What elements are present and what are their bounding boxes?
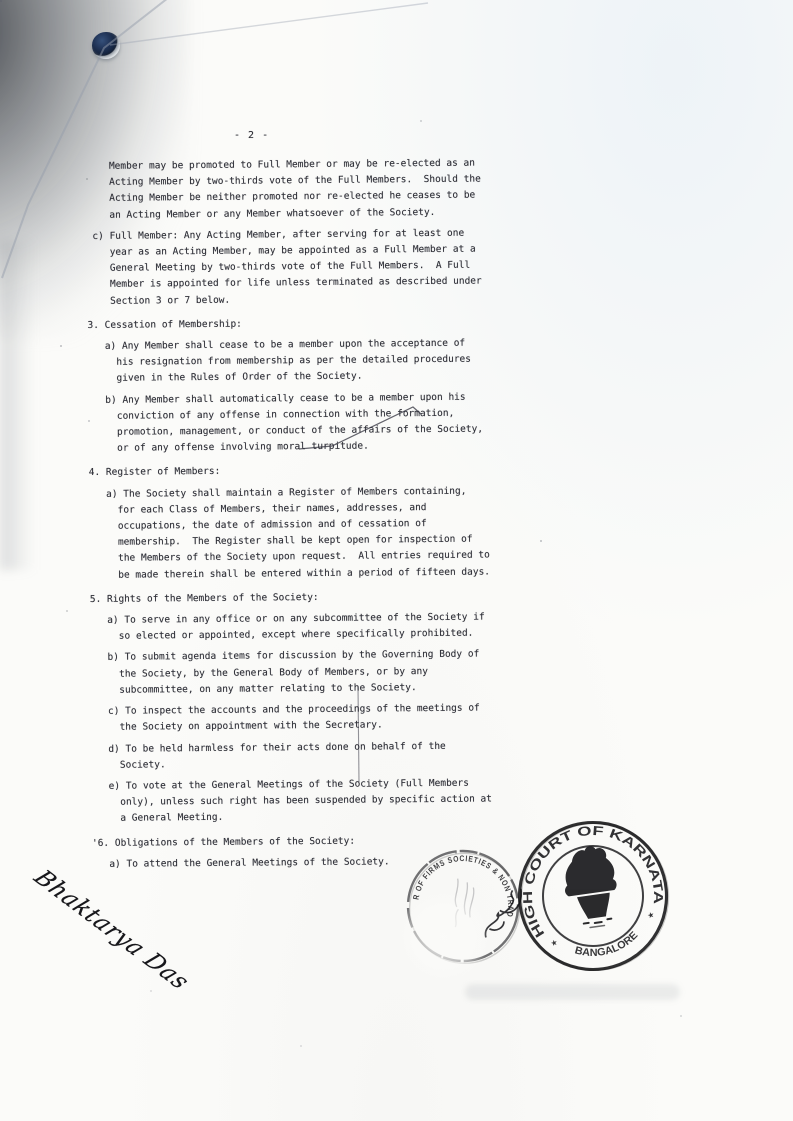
stamp-fade — [390, 884, 497, 991]
registrar-stamp-emblem-icon — [449, 879, 476, 930]
page-number: - 2 - — [234, 130, 269, 141]
section-6-heading: '6. Obligations of the Members of the So… — [92, 831, 652, 852]
high-court-stamp-city-text: BANGALORE — [571, 927, 643, 966]
paragraph-continuation: Member may be promoted to Full Member or… — [86, 154, 647, 224]
staple-eyelet — [92, 32, 120, 59]
section-3-item-b: b) Any Member shall automatically cease … — [88, 388, 649, 458]
paper-specks — [0, 0, 2, 2]
section-3-item-a: a) Any Member shall cease to be a member… — [88, 334, 648, 387]
scan-shadow-left-edge — [0, 240, 46, 570]
stamp-star-right-icon: ★ — [646, 907, 656, 921]
item-c-full-member: c) Full Member: Any Acting Member, after… — [87, 224, 648, 310]
paper-crease — [110, 3, 428, 45]
section-5-item-e: e) To vote at the General Meetings of th… — [91, 774, 651, 827]
document-text: Member may be promoted to Full Member or… — [86, 154, 652, 873]
svg-text:BANGALORE: BANGALORE — [571, 927, 643, 966]
section-4-heading: 4. Register of Members: — [89, 461, 649, 482]
section-6-item-a: a) To attend the General Meetings of the… — [92, 852, 652, 873]
official-signature-scrawl — [485, 884, 523, 942]
section-5-item-b: b) To submit agenda items for discussion… — [90, 646, 650, 699]
section-5-heading: 5. Rights of the Members of the Society: — [90, 587, 650, 608]
scanned-document-page: - 2 - Member may be promoted to Full Mem… — [0, 0, 793, 1121]
section-5-item-c: c) To inspect the accounts and the proce… — [91, 699, 651, 736]
section-5-item-d: d) To be held harmless for their acts do… — [91, 737, 651, 774]
section-5-item-a: a) To serve in any office or on any subc… — [90, 608, 650, 645]
ink-smudge — [465, 984, 680, 1000]
stamp-star-left-icon: ★ — [549, 935, 559, 949]
handwritten-signature: Bhaktarya Das — [28, 866, 195, 994]
section-3-heading: 3. Cessation of Membership: — [87, 313, 647, 334]
section-4-item-a: a) The Society shall maintain a Register… — [89, 482, 650, 584]
